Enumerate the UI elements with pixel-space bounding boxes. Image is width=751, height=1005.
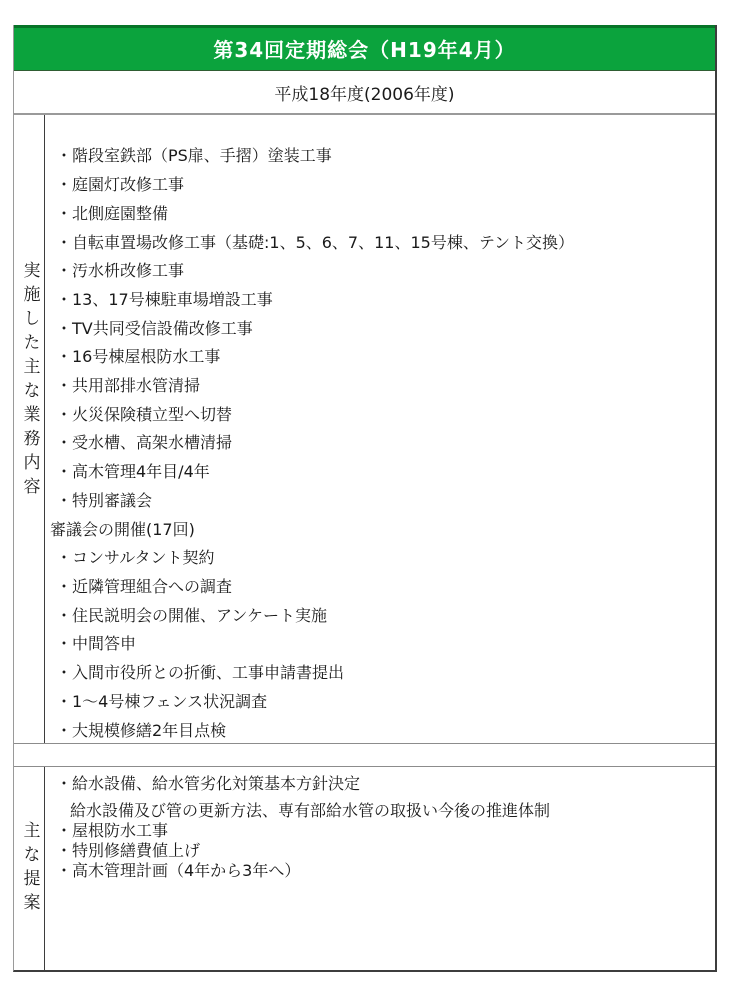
list-item: ・中間答申: [48, 630, 711, 659]
list-item: ・受水槽、高架水槽清掃: [48, 429, 711, 458]
activities-content-cell: ・階段室鉄部（PS扉、手摺）塗装工事・庭園灯改修工事・北側庭園整備・自転車置場改…: [45, 115, 715, 743]
proposals-list: ・給水設備、給水管劣化対策基本方針決定給水設備及び管の更新方法、専有部給水管の取…: [48, 774, 711, 881]
list-item: ・近隣管理組合への調査: [48, 573, 711, 602]
list-item: ・コンサルタント契約: [48, 544, 711, 573]
fiscal-year-label: 平成18年度(2006年度): [274, 80, 454, 105]
general-meeting-table: 第34回定期総会（H19年4月） 平成18年度(2006年度) 実施した主な業務…: [13, 25, 717, 972]
list-item: ・高木管理計画（4年から3年へ）: [48, 861, 711, 881]
list-item: ・TV共同受信設備改修工事: [48, 315, 711, 344]
list-item: ・1〜4号棟フェンス状況調査: [48, 688, 711, 717]
activities-label-cell: 実施した主な業務内容: [14, 115, 45, 743]
list-item: 給水設備及び管の更新方法、専有部給水管の取扱い今後の推進体制: [48, 801, 711, 821]
list-item: ・共用部排水管清掃: [48, 372, 711, 401]
proposals-content-cell: ・給水設備、給水管劣化対策基本方針決定給水設備及び管の更新方法、専有部給水管の取…: [45, 767, 715, 970]
list-item: ・13、17号棟駐車場増設工事: [48, 286, 711, 315]
list-item: ・屋根防水工事: [48, 821, 711, 841]
list-item: ・高木管理4年目/4年: [48, 458, 711, 487]
list-item: ・入間市役所との折衝、工事申請書提出: [48, 659, 711, 688]
spacer-row: [14, 744, 715, 767]
list-item: ・大規模修繕2年目点検: [48, 717, 711, 744]
activities-list: ・階段室鉄部（PS扉、手摺）塗装工事・庭園灯改修工事・北側庭園整備・自転車置場改…: [48, 142, 711, 743]
list-item: ・特別修繕費値上げ: [48, 841, 711, 861]
list-item: ・火災保険積立型へ切替: [48, 401, 711, 430]
list-item: ・給水設備、給水管劣化対策基本方針決定: [48, 774, 711, 794]
list-item: ・特別審議会: [48, 487, 711, 516]
list-item: ・16号棟屋根防水工事: [48, 343, 711, 372]
list-item: ・庭園灯改修工事: [48, 171, 711, 200]
list-item: ・汚水枡改修工事: [48, 257, 711, 286]
proposals-label-cell: 主な提案: [14, 767, 45, 970]
list-item: ・階段室鉄部（PS扉、手摺）塗装工事: [48, 142, 711, 171]
fiscal-year-row: 平成18年度(2006年度): [14, 71, 715, 116]
proposals-section-label: 主な提案: [21, 821, 38, 917]
list-item: ・自転車置場改修工事（基礎:1、5、6、7、11、15号棟、テント交換）: [48, 229, 711, 258]
table-header: 第34回定期総会（H19年4月）: [14, 25, 715, 71]
meeting-title: 第34回定期総会（H19年4月）: [213, 34, 515, 63]
activities-section-label: 実施した主な業務内容: [21, 261, 38, 501]
list-item: ・住民説明会の開催、アンケート実施: [48, 602, 711, 631]
section-activities: 実施した主な業務内容 ・階段室鉄部（PS扉、手摺）塗装工事・庭園灯改修工事・北側…: [14, 115, 715, 744]
section-proposals: 主な提案 ・給水設備、給水管劣化対策基本方針決定給水設備及び管の更新方法、専有部…: [14, 767, 715, 970]
list-item: ・北側庭園整備: [48, 200, 711, 229]
list-item: 審議会の開催(17回): [48, 516, 711, 545]
